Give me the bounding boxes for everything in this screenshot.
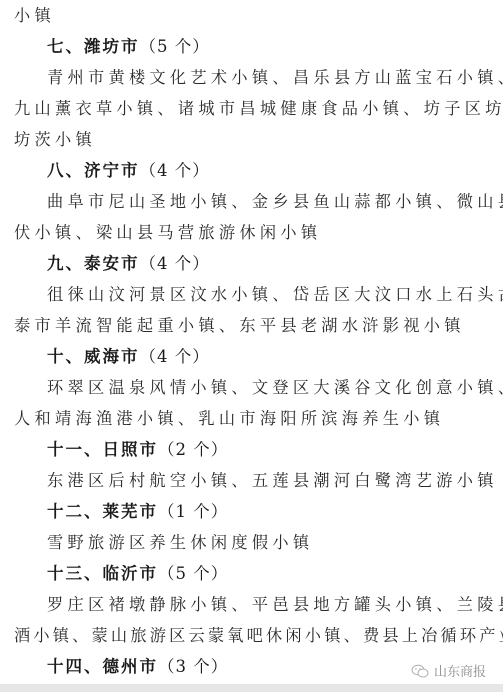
paragraph-line: 坊茨小镇 bbox=[14, 130, 96, 150]
section-heading-linyi: 十三、临沂市（5 个） bbox=[47, 564, 228, 584]
heading-title: 十三、临沂市 bbox=[47, 564, 158, 583]
heading-count: （4 个） bbox=[140, 347, 210, 366]
section-heading-weihai: 十、威海市（4 个） bbox=[47, 347, 210, 367]
heading-title: 七、潍坊市 bbox=[47, 37, 140, 56]
heading-count: （5 个） bbox=[140, 37, 210, 56]
paragraph-line: 雪野旅游区养生休闲度假小镇 bbox=[47, 533, 313, 553]
paragraph-line: 东港区后村航空小镇、五莲县潮河白鹭湾艺游小镇 bbox=[47, 471, 498, 491]
paragraph-line: 泰市羊流智能起重小镇、东平县老湖水浒影视小镇 bbox=[14, 316, 465, 336]
heading-title: 十四、德州市 bbox=[47, 657, 158, 676]
paragraph-line: 徂徕山汶河景区汶水小镇、岱岳区大汶口水上石头古镇、新 bbox=[47, 285, 503, 305]
document-page: 小镇 七、潍坊市（5 个） 青州市黄楼文化艺术小镇、昌乐县方山蓝宝石小镇、临朐县… bbox=[0, 0, 503, 684]
paragraph-line: 青州市黄楼文化艺术小镇、昌乐县方山蓝宝石小镇、临朐县 bbox=[47, 68, 503, 88]
paragraph-line: 曲阜市尼山圣地小镇、金乡县鱼山蒜都小镇、微山县欢城光 bbox=[47, 192, 503, 212]
heading-title: 八、济宁市 bbox=[47, 161, 140, 180]
heading-title: 十一、日照市 bbox=[47, 440, 158, 459]
section-heading-dezhou: 十四、德州市（3 个） bbox=[47, 657, 228, 677]
paragraph-line: 人和靖海渔港小镇、乳山市海阳所滨海养生小镇 bbox=[14, 409, 444, 429]
continuation-text: 小镇 bbox=[14, 6, 55, 26]
paragraph-line: 伏小镇、梁山县马营旅游休闲小镇 bbox=[14, 223, 321, 243]
section-heading-weifang: 七、潍坊市（5 个） bbox=[47, 37, 210, 57]
bottom-edge bbox=[0, 684, 503, 692]
heading-title: 十二、莱芜市 bbox=[47, 502, 158, 521]
watermark: 山东商报 bbox=[411, 661, 486, 680]
section-heading-jining: 八、济宁市（4 个） bbox=[47, 161, 210, 181]
watermark-text: 山东商报 bbox=[434, 661, 486, 680]
heading-title: 九、泰安市 bbox=[47, 254, 140, 273]
paragraph-line: 酒小镇、蒙山旅游区云蒙氧吧休闲小镇、费县上冶循环产业小镇 bbox=[14, 626, 503, 646]
heading-count: （4 个） bbox=[140, 161, 210, 180]
paragraph-line: 罗庄区褚墩静脉小镇、平邑县地方罐头小镇、兰陵县兰陵美 bbox=[47, 595, 503, 615]
heading-count: （2 个） bbox=[158, 440, 228, 459]
section-heading-taian: 九、泰安市（4 个） bbox=[47, 254, 210, 274]
section-heading-rizhao: 十一、日照市（2 个） bbox=[47, 440, 228, 460]
heading-count: （4 个） bbox=[140, 254, 210, 273]
paragraph-line: 九山薰衣草小镇、诸城市昌城健康食品小镇、坊子区坊城 1898 bbox=[14, 99, 503, 119]
heading-title: 十、威海市 bbox=[47, 347, 140, 366]
section-heading-laiwu: 十二、莱芜市（1 个） bbox=[47, 502, 228, 522]
paragraph-line: 环翠区温泉风情小镇、文登区大溪谷文化创意小镇、荣成市 bbox=[47, 378, 503, 398]
heading-count: （3 个） bbox=[158, 657, 228, 676]
heading-count: （5 个） bbox=[158, 564, 228, 583]
wechat-icon bbox=[411, 664, 429, 678]
heading-count: （1 个） bbox=[158, 502, 228, 521]
